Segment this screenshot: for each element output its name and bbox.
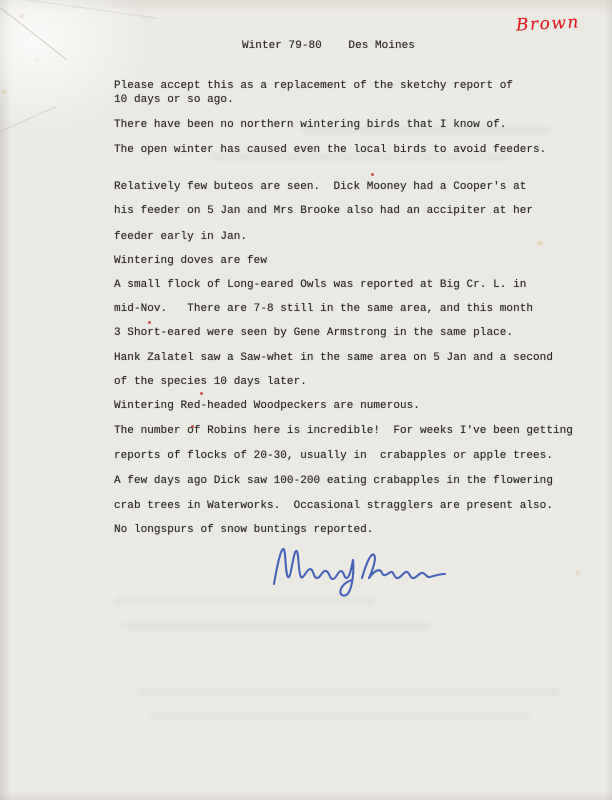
typed-line: A few days ago Dick saw 100-200 eating c… bbox=[114, 474, 553, 488]
letter-page: Brown Winter 79-80 Des Moines Please acc… bbox=[0, 0, 612, 800]
typed-line: A small flock of Long-eared Owls was rep… bbox=[114, 278, 526, 292]
bleed-through bbox=[140, 688, 560, 696]
typed-line: The open winter has caused even the loca… bbox=[114, 143, 546, 157]
typed-line: Relatively few buteos are seen. Dick Moo… bbox=[114, 180, 526, 194]
typed-line: crab trees in Waterworks. Occasional str… bbox=[114, 499, 553, 513]
signature-stroke-brown bbox=[362, 555, 445, 579]
red-ink-speck bbox=[371, 173, 374, 176]
typed-line: his feeder on 5 Jan and Mrs Brooke also … bbox=[114, 204, 533, 218]
red-ink-speck bbox=[191, 425, 194, 428]
signature-stroke-woody bbox=[274, 549, 353, 596]
bleed-through bbox=[150, 712, 530, 720]
typed-line: feeder early in Jan. bbox=[114, 230, 247, 244]
bleed-through bbox=[120, 622, 430, 630]
typed-line: Please accept this as a replacement of t… bbox=[114, 79, 513, 93]
red-ink-speck bbox=[148, 321, 151, 324]
typed-line: Wintering Red-headed Woodpeckers are num… bbox=[114, 399, 420, 413]
signature-woody-brown: Woody Brown bbox=[262, 542, 487, 602]
typed-line: Hank Zalatel saw a Saw-whet in the same … bbox=[114, 351, 553, 365]
paper-crease bbox=[19, 0, 158, 19]
typed-line: Wintering doves are few bbox=[114, 254, 267, 268]
typed-line: 3 Short-eared were seen by Gene Armstron… bbox=[114, 326, 513, 340]
typed-line: of the species 10 days later. bbox=[114, 375, 307, 389]
letter-title: Winter 79-80 Des Moines bbox=[242, 39, 415, 53]
paper-crease bbox=[0, 1, 67, 60]
typed-line: There have been no northern wintering bi… bbox=[114, 118, 506, 132]
typed-line: No longspurs of snow buntings reported. bbox=[114, 523, 373, 537]
typed-line: 10 days or so ago. bbox=[114, 93, 234, 107]
paper-crease bbox=[0, 106, 57, 135]
handwritten-brown-annotation: Brown bbox=[516, 12, 581, 35]
typed-line: mid-Nov. There are 7-8 still in the same… bbox=[114, 302, 533, 316]
typed-line: reports of flocks of 20-30, usually in c… bbox=[114, 449, 553, 463]
typed-line: The number of Robins here is incredible!… bbox=[114, 424, 573, 438]
red-ink-speck bbox=[200, 392, 203, 395]
